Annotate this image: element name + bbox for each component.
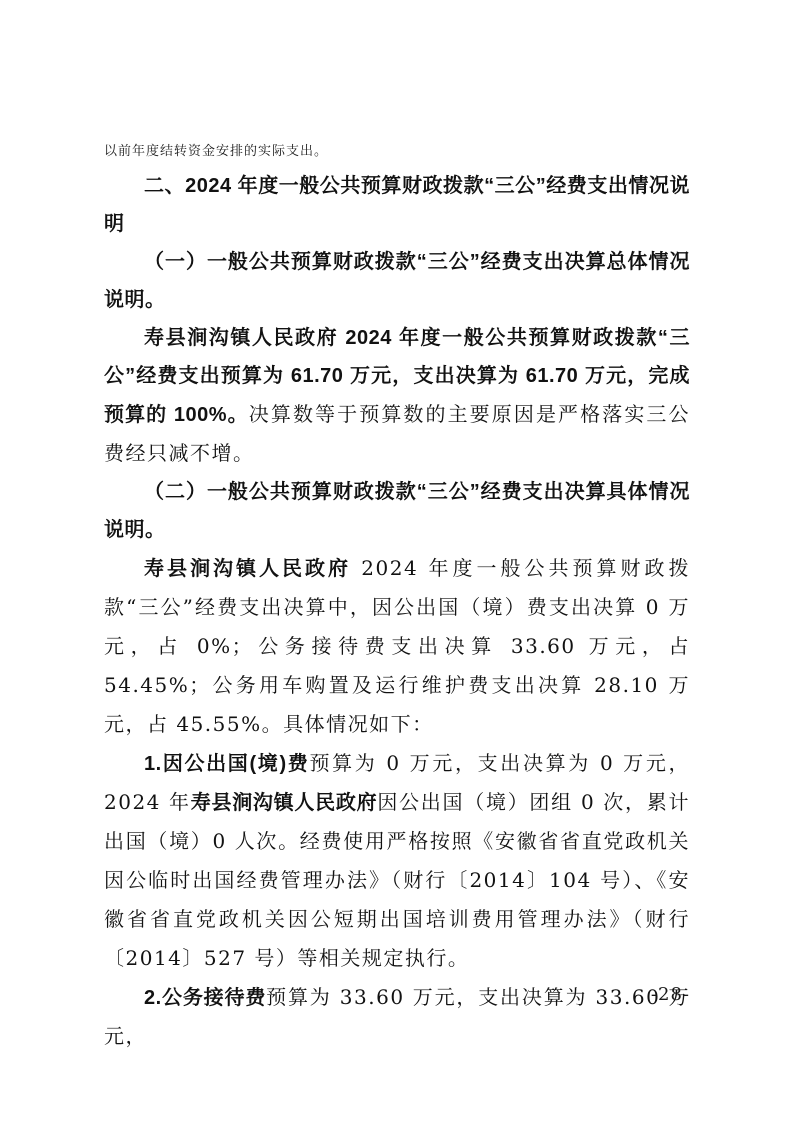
item1-text-run-2: 因公出国（境）团组 0 次，累计出国（境）0 人次。经费使用严格按照《安徽省省直… (104, 790, 690, 970)
subsection-1-heading: （一）一般公共预算财政拨款“三公”经费支出决算总体情况说明。 (104, 243, 690, 319)
paragraph-detail: 寿县涧沟镇人民政府 2024 年度一般公共预算财政拨款“三公”经费支出决算中，因… (104, 549, 690, 744)
org-name-run: 寿县涧沟镇人民政府 (144, 558, 351, 580)
document-content: 以前年度结转资金安排的实际支出。 二、2024 年度一般公共预算财政拨款“三公”… (104, 142, 690, 1056)
page-number: -28- (651, 984, 690, 1005)
paragraph-overall: 寿县涧沟镇人民政府 2024 年度一般公共预算财政拨款“三公”经费支出预算为 6… (104, 319, 690, 473)
paragraph-item2: 2.公务接待费预算为 33.60 万元，支出决算为 33.60 万元， (104, 978, 690, 1056)
subsection-2-heading: （二）一般公共预算财政拨款“三公”经费支出决算具体情况说明。 (104, 473, 690, 549)
item1-label-run: 1.因公出国(境)费 (144, 753, 309, 775)
continuation-text: 以前年度结转资金安排的实际支出。 (104, 142, 690, 161)
paragraph-item1: 1.因公出国(境)费预算为 0 万元，支出决算为 0 万元，2024 年寿县涧沟… (104, 744, 690, 978)
section-heading: 二、2024 年度一般公共预算财政拨款“三公”经费支出情况说明 (104, 167, 690, 243)
item1-org-run: 寿县涧沟镇人民政府 (191, 792, 378, 814)
document-page: 以前年度结转资金安排的实际支出。 二、2024 年度一般公共预算财政拨款“三公”… (0, 0, 793, 1122)
item2-label-run: 2.公务接待费 (144, 987, 266, 1009)
detail-text-run: 2024 年度一般公共预算财政拨款“三公”经费支出决算中，因公出国（境）费支出决… (104, 556, 690, 736)
